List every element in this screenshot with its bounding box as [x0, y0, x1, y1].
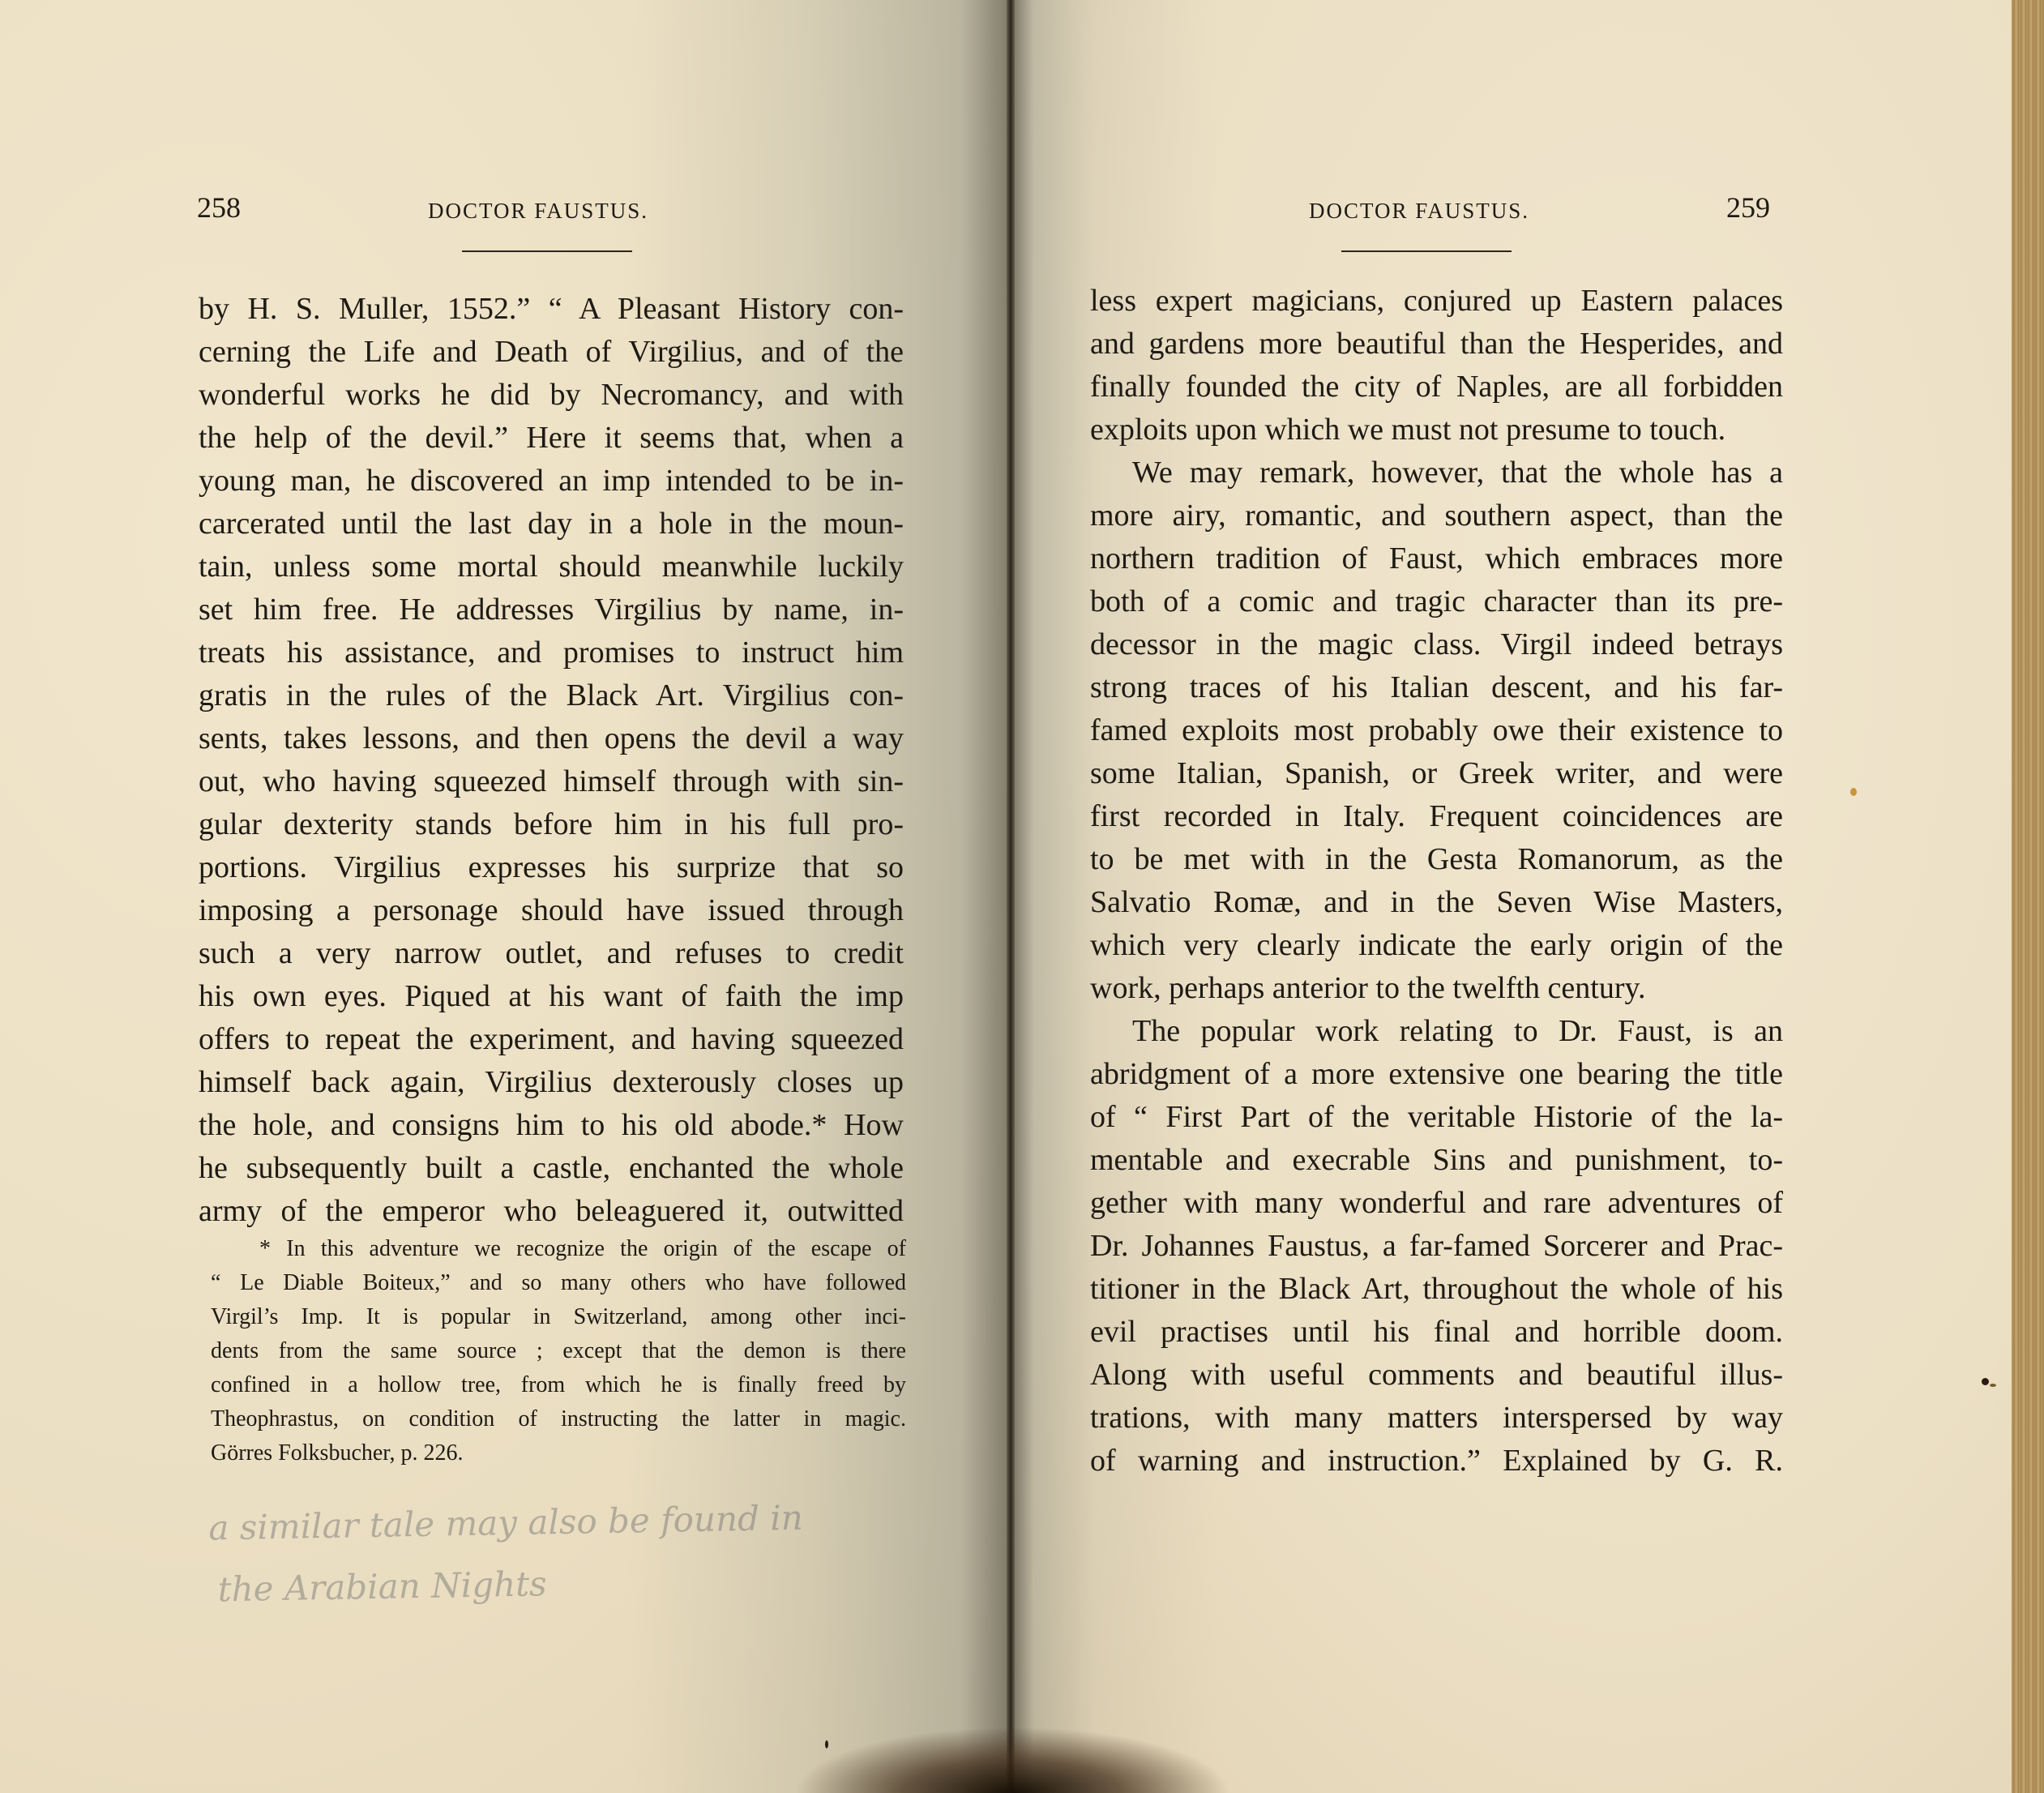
- book-spread: 258 DOCTOR FAUSTUS. by H. S. Muller, 155…: [0, 0, 2044, 1793]
- text-line: cerning the Life and Death of Virgilius,…: [199, 331, 904, 374]
- page-fore-edge: [2012, 0, 2044, 1793]
- footnote-line: confined in a hollow tree, from which he…: [211, 1368, 906, 1402]
- book-gutter: [1007, 0, 1015, 1793]
- text-line: exploits upon which we must not presume …: [1090, 409, 1783, 451]
- text-line: such a very narrow outlet, and refuses t…: [199, 932, 904, 975]
- text-line: carcerated until the last day in a hole …: [199, 503, 904, 546]
- text-line: set him free. He addresses Virgilius by …: [199, 588, 904, 631]
- text-line: The popular work relating to Dr. Faust, …: [1090, 1010, 1783, 1053]
- text-line: sents, takes lessons, and then opens the…: [199, 717, 904, 760]
- running-head-left: DOCTOR FAUSTUS.: [428, 195, 648, 227]
- text-line: tain, unless some mortal should meanwhil…: [199, 546, 904, 588]
- text-line: some Italian, Spanish, or Greek writer, …: [1090, 752, 1783, 795]
- ink-spot: [825, 1740, 828, 1748]
- annotation-line: the Arabian Nights: [209, 1547, 907, 1620]
- text-line: mentable and execrable Sins and punishme…: [1090, 1139, 1783, 1182]
- text-line: his own eyes. Piqued at his want of fait…: [199, 975, 904, 1018]
- text-line: wonderful works he did by Necromancy, an…: [199, 374, 904, 417]
- text-line: both of a comic and tragic character tha…: [1090, 580, 1783, 623]
- text-line: less expert magicians, conjured up Easte…: [1090, 280, 1783, 323]
- running-head-right: DOCTOR FAUSTUS.: [1309, 195, 1529, 227]
- text-line: treats his assistance, and promises to i…: [199, 631, 904, 674]
- text-line: he subsequently built a castle, enchante…: [199, 1147, 904, 1190]
- text-line: the hole, and consigns him to his old ab…: [199, 1104, 904, 1147]
- footnote-line: Theophrastus, on condition of instructin…: [211, 1402, 906, 1436]
- text-line: imposing a personage should have issued …: [199, 889, 904, 932]
- ink-spot: [1990, 1384, 1996, 1387]
- text-line: of warning and instruction.” Explained b…: [1090, 1440, 1783, 1483]
- text-line: out, who having squeezed himself through…: [199, 760, 904, 803]
- text-line: We may remark, however, that the whole h…: [1090, 451, 1783, 494]
- footnote-line: Virgil’s Imp. It is popular in Switzerla…: [211, 1300, 906, 1334]
- annotation-line: a similar tale may also be found in: [208, 1486, 906, 1560]
- text-line: gratis in the rules of the Black Art. Vi…: [199, 674, 904, 717]
- text-line: by H. S. Muller, 1552.” “ A Pleasant His…: [199, 288, 904, 331]
- text-line: portions. Virgilius expresses his surpri…: [199, 846, 904, 889]
- text-line: of “ First Part of the veritable Histori…: [1090, 1096, 1783, 1139]
- text-line: the help of the devil.” Here it seems th…: [199, 417, 904, 460]
- spine-shadow: [794, 1727, 1232, 1793]
- text-line: Salvatio Romæ, and in the Seven Wise Mas…: [1090, 881, 1783, 924]
- right-page-body: less expert magicians, conjured up Easte…: [1090, 280, 1783, 1483]
- left-page-body: by H. S. Muller, 1552.” “ A Pleasant His…: [199, 288, 904, 1233]
- text-line: strong traces of his Italian descent, an…: [1090, 666, 1783, 709]
- text-line: Dr. Johannes Faustus, a far-famed Sorcer…: [1090, 1225, 1783, 1268]
- text-line: to be met with in the Gesta Romanorum, a…: [1090, 838, 1783, 881]
- ink-spot: [1982, 1378, 1989, 1385]
- page-number-left: 258: [197, 191, 241, 224]
- footnote-line: “ Le Diable Boiteux,” and so many others…: [211, 1266, 906, 1300]
- foxing-spot: [1850, 788, 1857, 796]
- footnote-line: * In this adventure we recognize the ori…: [211, 1232, 906, 1266]
- footnote-line: Görres Folksbucher, p. 226.: [211, 1436, 906, 1470]
- header-rule-left: [462, 250, 632, 252]
- text-line: which very clearly indicate the early or…: [1090, 924, 1783, 967]
- text-line: Along with useful comments and beautiful…: [1090, 1354, 1783, 1397]
- text-line: offers to repeat the experiment, and hav…: [199, 1018, 904, 1061]
- handwritten-pencil-annotation: a similar tale may also be found in the …: [208, 1486, 908, 1621]
- text-line: famed exploits most probably owe their e…: [1090, 709, 1783, 752]
- text-line: gether with many wonderful and rare adve…: [1090, 1182, 1783, 1225]
- text-line: army of the emperor who beleaguered it, …: [199, 1190, 904, 1233]
- text-line: and gardens more beautiful than the Hesp…: [1090, 323, 1783, 366]
- footnote: * In this adventure we recognize the ori…: [211, 1232, 906, 1470]
- left-page: 258 DOCTOR FAUSTUS. by H. S. Muller, 155…: [0, 0, 1011, 1793]
- text-line: decessor in the magic class. Virgil inde…: [1090, 623, 1783, 666]
- text-line: himself back again, Virgilius dexterousl…: [199, 1061, 904, 1104]
- text-line: young man, he discovered an imp intended…: [199, 460, 904, 503]
- text-line: evil practises until his final and horri…: [1090, 1311, 1783, 1354]
- text-line: abridgment of a more extensive one beari…: [1090, 1053, 1783, 1096]
- text-line: work, perhaps anterior to the twelfth ce…: [1090, 967, 1783, 1010]
- right-page: DOCTOR FAUSTUS. 259 less expert magician…: [1013, 0, 2044, 1793]
- text-line: finally founded the city of Naples, are …: [1090, 366, 1783, 409]
- text-line: more airy, romantic, and southern aspect…: [1090, 494, 1783, 537]
- text-line: gular dexterity stands before him in his…: [199, 803, 904, 846]
- text-line: northern tradition of Faust, which embra…: [1090, 537, 1783, 580]
- text-line: titioner in the Black Art, throughout th…: [1090, 1268, 1783, 1311]
- header-rule-right: [1341, 250, 1512, 252]
- text-line: trations, with many matters interspersed…: [1090, 1397, 1783, 1440]
- text-line: first recorded in Italy. Frequent coinci…: [1090, 795, 1783, 838]
- footnote-line: dents from the same source ; except that…: [211, 1334, 906, 1368]
- page-number-right: 259: [1726, 191, 1770, 224]
